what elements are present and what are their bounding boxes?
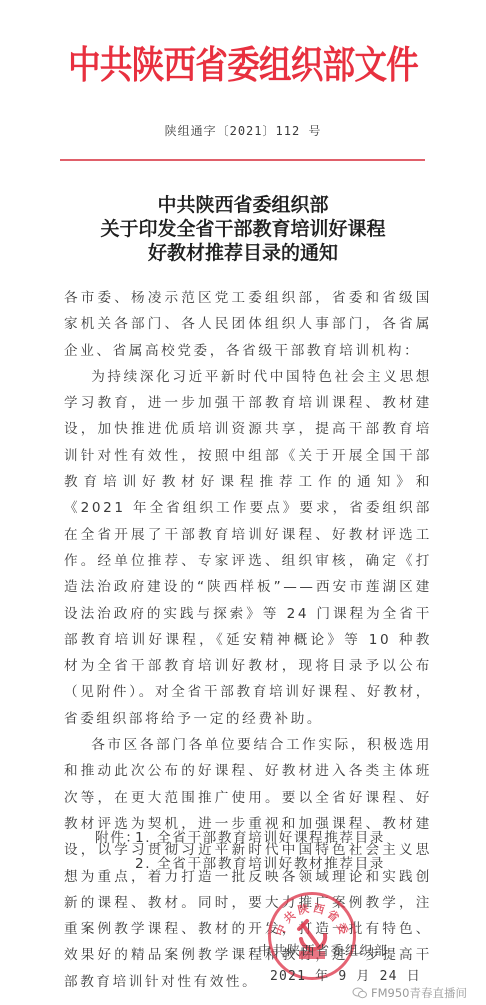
notice-title-line-2: 关于印发全省干部教育培训好课程 <box>0 217 486 241</box>
attachments-label: 附件： <box>95 825 135 851</box>
attachment-item-2: 2. 全省干部教育培训好教材推荐目录 <box>135 851 385 877</box>
document-body: 各市委、杨凌示范区党工委组织部，省委和省级国家机关各部门、各人民团体组织人事部门… <box>64 285 432 995</box>
signature-date: 2021 年 9 月 24 日 <box>270 965 421 984</box>
addressee-paragraph: 各市委、杨凌示范区党工委组织部，省委和省级国家机关各部门、各人民团体组织人事部门… <box>64 285 432 364</box>
attachments-section: 附件： 1. 全省干部教育培训好课程推荐目录 2. 全省干部教育培训好教材推荐目… <box>95 825 385 877</box>
watermark-text: FM950青春直播间 <box>371 985 467 1001</box>
watermark: FM950青春直播间 <box>352 985 467 1001</box>
notice-title: 中共陕西省委组织部 关于印发全省干部教育培训好课程 好教材推荐目录的通知 <box>0 193 486 265</box>
red-divider-line <box>60 159 425 161</box>
svg-text:中共陕西省委: 中共陕西省委 <box>272 900 352 938</box>
notice-title-line-3: 好教材推荐目录的通知 <box>0 241 486 265</box>
document-header-title: 中共陕西省委组织部文件 <box>34 34 452 96</box>
wechat-icon <box>352 987 368 999</box>
attachment-item-1: 1. 全省干部教育培训好课程推荐目录 <box>135 825 385 851</box>
attachment-item: 附件： 1. 全省干部教育培训好课程推荐目录 <box>95 825 385 851</box>
document-number: 陕组通字〔2021〕112 号 <box>0 122 486 139</box>
attachment-item: 2. 全省干部教育培训好教材推荐目录 <box>95 851 385 877</box>
body-paragraph-background: 为持续深化习近平新时代中国特色社会主义思想学习教育，进一步加强干部教育培训课程、… <box>64 364 432 732</box>
notice-title-line-1: 中共陕西省委组织部 <box>0 193 486 217</box>
signature-organization: 中共陕西省委组织部 <box>258 940 389 959</box>
